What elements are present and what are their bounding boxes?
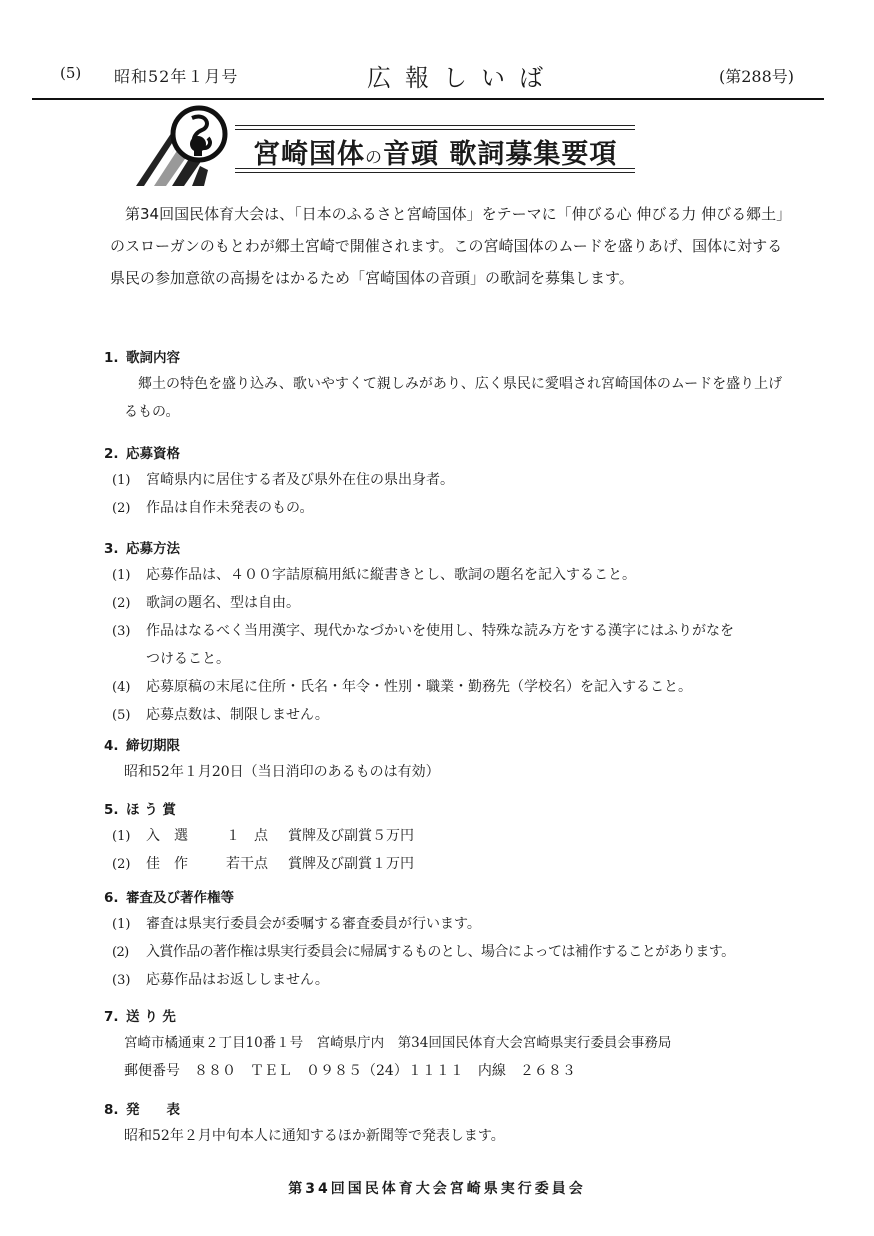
list-item: (2)入賞作品の著作権は県実行委員会に帰属するものとし、場合によっては補作するこ… bbox=[104, 938, 804, 966]
list-item: (1)宮崎県内に居住する者及び県外在住の県出身者。 bbox=[104, 466, 804, 494]
list-item: (5)応募点数は、制限しません。 bbox=[104, 701, 804, 729]
list-item: (1)応募作品は、４００字詰原稿用紙に縦書きとし、歌詞の題名を記入すること。 bbox=[104, 561, 804, 589]
issue-number: (第288号) bbox=[719, 64, 794, 87]
list-item: (3)応募作品はお返ししません。 bbox=[104, 966, 804, 994]
section-send-to: 7.送 り 先 宮崎市橘通東２丁目10番１号 宮崎県庁内 第34回国民体育大会宮… bbox=[104, 1005, 804, 1085]
contact-info: 郵便番号 ８８０ ＴＥＬ ０９８５（24）１１１１ 内線 ２６８３ bbox=[104, 1057, 804, 1085]
section-body: 郷土の特色を盛り込み、歌いやすくて親しみがあり、広く県民に愛唱され宮崎国体のムー… bbox=[104, 370, 804, 426]
section-heading: 7.送 り 先 bbox=[104, 1005, 804, 1029]
prize-row: (2)佳 作若干点賞牌及び副賞１万円 bbox=[104, 850, 804, 878]
page-number: (5) bbox=[60, 64, 81, 82]
announcement-text: 昭和52年２月中旬本人に通知するほか新聞等で発表します。 bbox=[104, 1122, 804, 1150]
prize-row: (1)入 選１ 点賞牌及び副賞５万円 bbox=[104, 822, 804, 850]
section-prizes: 5.ほ う 賞 (1)入 選１ 点賞牌及び副賞５万円 (2)佳 作若干点賞牌及び… bbox=[104, 798, 804, 878]
issue-date: 昭和52年１月号 bbox=[114, 64, 238, 87]
section-lyrics-content: 1.歌詞内容 郷土の特色を盛り込み、歌いやすくて親しみがあり、広く県民に愛唱され… bbox=[104, 346, 804, 426]
section-heading: 4.締切期限 bbox=[104, 734, 804, 758]
article-title: 宮崎国体の音頭 歌詞募集要項 bbox=[253, 132, 617, 171]
section-deadline: 4.締切期限 昭和52年１月20日（当日消印のあるものは有効） bbox=[104, 734, 804, 786]
list-item: (1)審査は県実行委員会が委嘱する審査委員が行います。 bbox=[104, 910, 804, 938]
article-title-box: 宮崎国体の音頭 歌詞募集要項 bbox=[235, 125, 635, 173]
kokutai-torch-logo-icon bbox=[132, 104, 232, 190]
section-judging-copyright: 6.審査及び著作権等 (1)審査は県実行委員会が委嘱する審査委員が行います。 (… bbox=[104, 886, 804, 994]
list-item: (4)応募原稿の末尾に住所・氏名・年令・性別・職業・勤務先（学校名）を記入するこ… bbox=[104, 673, 804, 701]
publication-title: 広報しいば bbox=[367, 58, 557, 93]
page-header: (5) 昭和52年１月号 広報しいば (第288号) bbox=[32, 58, 824, 100]
mailing-address: 宮崎市橘通東２丁目10番１号 宮崎県庁内 第34回国民体育大会宮崎県実行委員会事… bbox=[104, 1029, 804, 1057]
deadline-date: 昭和52年１月20日（当日消印のあるものは有効） bbox=[104, 758, 804, 786]
section-application-method: 3.応募方法 (1)応募作品は、４００字詰原稿用紙に縦書きとし、歌詞の題名を記入… bbox=[104, 537, 804, 729]
list-item-continuation: つけること。 bbox=[104, 645, 804, 673]
section-heading: 5.ほ う 賞 bbox=[104, 798, 804, 822]
issuer-footer: 第34回国民体育大会宮崎県実行委員会 bbox=[0, 1178, 874, 1198]
section-eligibility: 2.応募資格 (1)宮崎県内に居住する者及び県外在住の県出身者。 (2)作品は自… bbox=[104, 442, 804, 522]
section-heading: 6.審査及び著作権等 bbox=[104, 886, 804, 910]
list-item: (2)歌詞の題名、型は自由。 bbox=[104, 589, 804, 617]
section-announcement: 8.発 表 昭和52年２月中旬本人に通知するほか新聞等で発表します。 bbox=[104, 1098, 804, 1150]
list-item: (3)作品はなるべく当用漢字、現代かなづかいを使用し、特殊な読み方をする漢字には… bbox=[104, 617, 804, 645]
section-heading: 1.歌詞内容 bbox=[104, 346, 804, 370]
section-heading: 2.応募資格 bbox=[104, 442, 804, 466]
section-heading: 3.応募方法 bbox=[104, 537, 804, 561]
list-item: (2)作品は自作未発表のもの。 bbox=[104, 494, 804, 522]
section-heading: 8.発 表 bbox=[104, 1098, 804, 1122]
intro-paragraph: 第34回国民体育大会は、「日本のふるさと宮崎国体」をテーマに「伸びる心 伸びる力… bbox=[110, 198, 790, 294]
